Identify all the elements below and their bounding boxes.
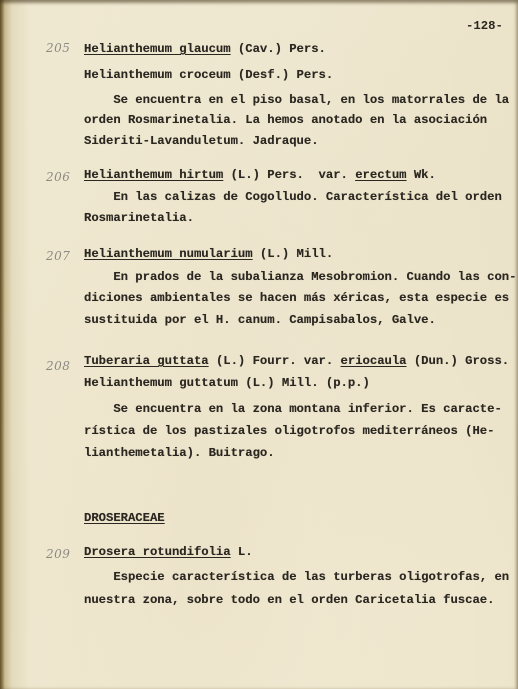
variety-authority: Wk. <box>407 168 436 182</box>
body-line: diciones ambientales se hacen más xérica… <box>84 291 509 305</box>
species-name: Tuberaria guttata <box>84 354 209 368</box>
variety-name: eriocaula <box>341 354 407 368</box>
entry-number: 206 <box>46 170 70 184</box>
entry-title: Helianthemum glaucum (Cav.) Pers. <box>84 42 326 56</box>
entry-title: Helianthemum hirtum (L.) Pers. var. erec… <box>84 168 436 182</box>
entry-title: Drosera rotundifolia L. <box>84 545 253 559</box>
species-name: Helianthemum glaucum <box>84 42 231 56</box>
family-heading: DROSERACEAE <box>84 511 165 525</box>
entry-number: 209 <box>46 547 70 561</box>
body-line: En las calizas de Cogolludo. Característ… <box>84 190 502 204</box>
authority: (L.) Pers. var. <box>223 168 355 182</box>
body-line: En prados de la subalianza Mesobromion. … <box>84 270 516 284</box>
body-line: Sideriti-Lavanduletum. Jadraque. <box>84 134 319 148</box>
species-name: Helianthemum numularium <box>84 247 253 261</box>
document-page: -128- 205 Helianthemum glaucum (Cav.) Pe… <box>0 0 518 689</box>
body-line: orden Rosmarinetalia. La hemos anotado e… <box>84 113 487 127</box>
authority: (Cav.) Pers. <box>231 42 326 56</box>
synonym: Helianthemum guttatum (L.) Mill. (p.p.) <box>84 376 370 390</box>
body-line: sustituida por el H. canum. Campisabalos… <box>84 313 436 327</box>
body-line: rística de los pastizales oligotrofos me… <box>84 424 494 438</box>
body-line: lianthemetalia). Buitrago. <box>84 446 275 460</box>
entry-number: 208 <box>46 359 70 373</box>
authority: (L.) Mill. <box>253 247 334 261</box>
variety-name: erectum <box>355 168 406 182</box>
body-line: nuestra zona, sobre todo en el orden Car… <box>84 593 494 607</box>
body-line: Especie característica de las turberas o… <box>84 570 509 584</box>
entry-number: 205 <box>46 41 70 55</box>
body-line: Se encuentra en el piso basal, en los ma… <box>84 93 509 107</box>
page-number: -128- <box>466 19 503 33</box>
synonym: Helianthemum croceum (Desf.) Pers. <box>84 68 333 82</box>
species-name: Drosera rotundifolia <box>84 545 231 559</box>
authority: L. <box>231 545 253 559</box>
body-line: Rosmarinetalia. <box>84 211 194 225</box>
family-heading-text: DROSERACEAE <box>84 511 165 525</box>
entry-title: Tuberaria guttata (L.) Fourr. var. erioc… <box>84 354 509 368</box>
variety-authority: (Dun.) Gross. <box>407 354 510 368</box>
species-name: Helianthemum hirtum <box>84 168 223 182</box>
authority: (L.) Fourr. var. <box>209 354 341 368</box>
entry-number: 207 <box>46 249 70 263</box>
body-line: Se encuentra en la zona montana inferior… <box>84 402 502 416</box>
entry-title: Helianthemum numularium (L.) Mill. <box>84 247 333 261</box>
